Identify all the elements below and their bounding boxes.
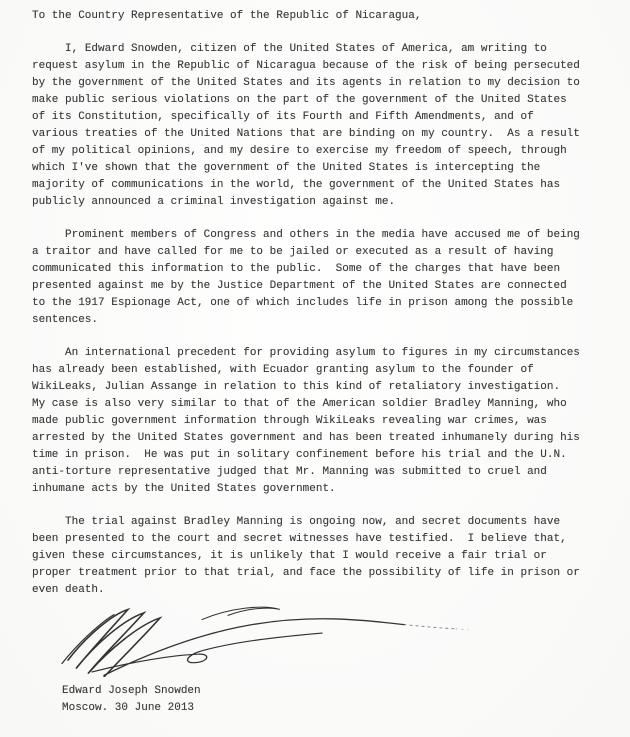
paragraph-precedent: An international precedent for providing… (32, 345, 612, 498)
signature-block: Edward Joseph Snowden Moscow. 30 June 20… (62, 683, 612, 717)
signature-place-date: Moscow. 30 June 2013 (62, 700, 612, 717)
paragraph-asylum-request: I, Edward Snowden, citizen of the United… (32, 41, 612, 211)
letter-document: To the Country Representative of the Rep… (0, 0, 630, 737)
salutation: To the Country Representative of the Rep… (32, 8, 612, 25)
signature-scrawl-icon (52, 601, 472, 677)
paragraph-trial: The trial against Bradley Manning is ong… (32, 514, 612, 599)
handwritten-signature (52, 601, 612, 677)
paragraph-charges: Prominent members of Congress and others… (32, 227, 612, 329)
signer-name: Edward Joseph Snowden (62, 683, 612, 700)
